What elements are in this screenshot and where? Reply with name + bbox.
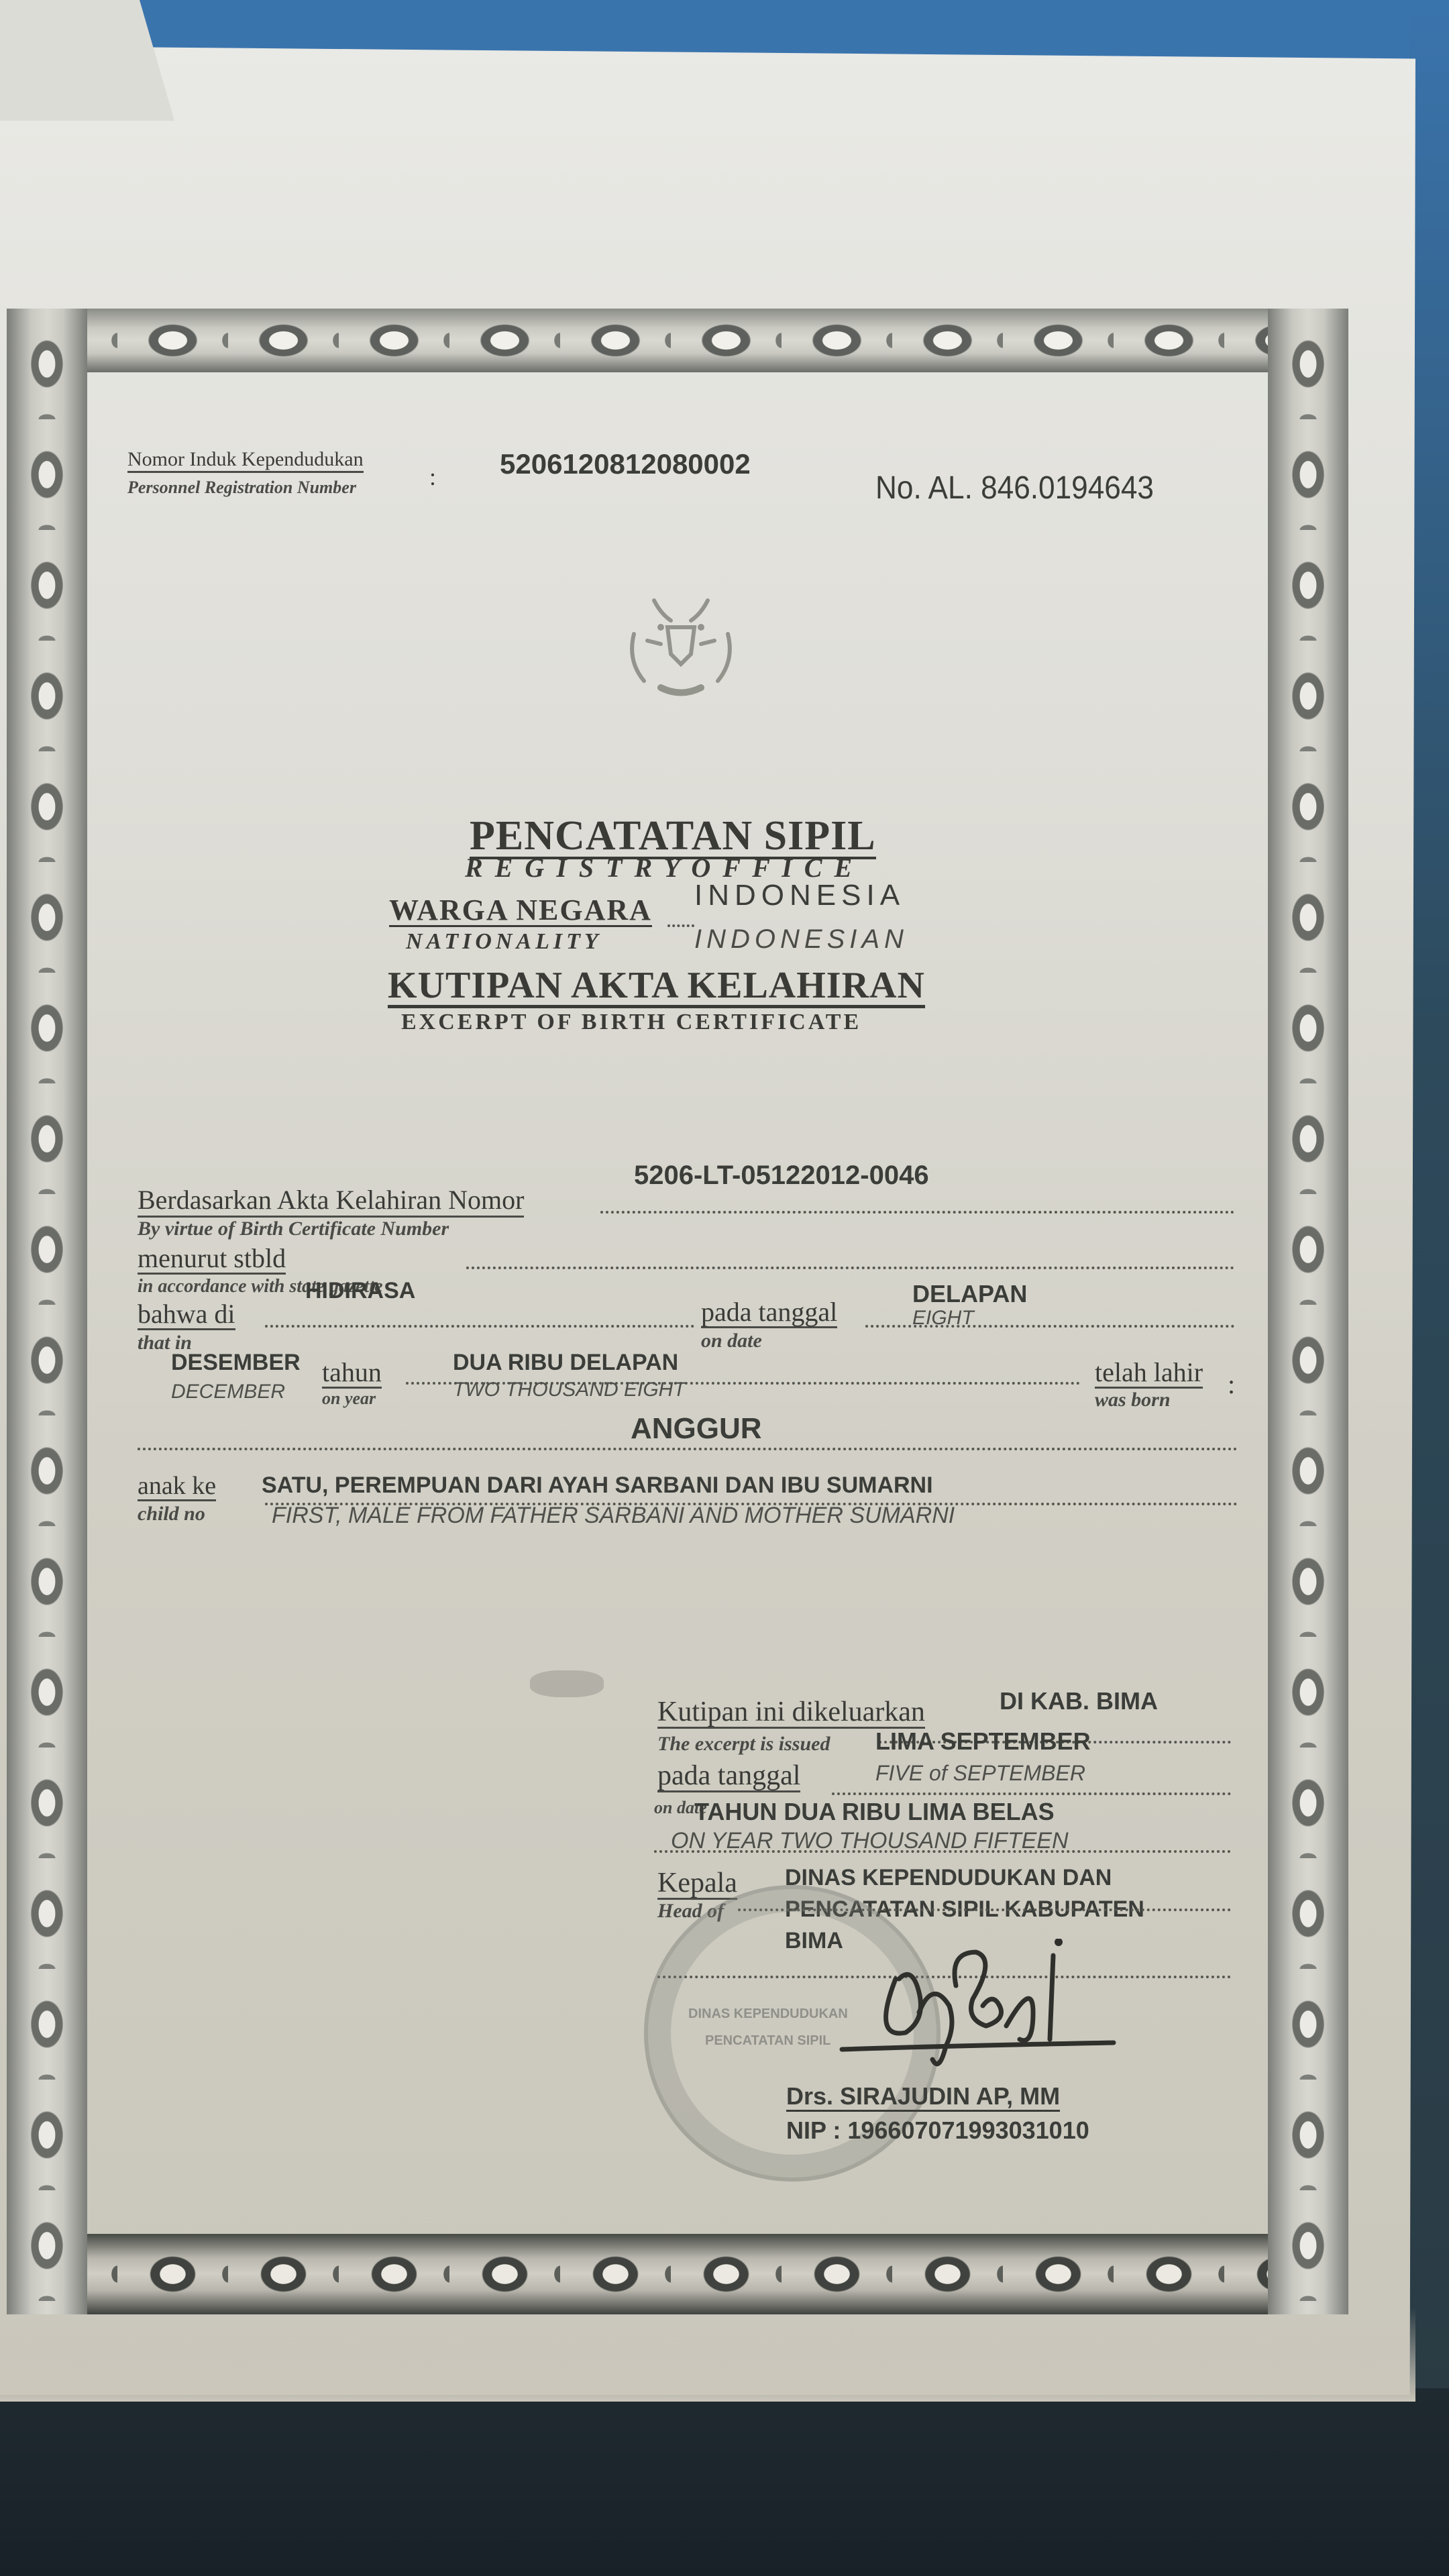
garuda-emblem-icon bbox=[607, 587, 755, 708]
birth-place-value: HIDIRASA bbox=[305, 1278, 415, 1304]
nationality-label: WARGA NEGARA bbox=[389, 896, 652, 927]
ink-smudge bbox=[530, 1670, 604, 1697]
stamp-text-1: DINAS KEPENDUDUKAN bbox=[688, 2006, 848, 2022]
issued-date: LIMA SEPTEMBER bbox=[875, 1727, 1091, 1756]
office-line-1: DINAS KEPENDUDUKAN DAN bbox=[785, 1865, 1112, 1891]
year-label: tahun bbox=[322, 1358, 382, 1389]
birth-year-value: DUA RIBU DELAPAN bbox=[453, 1350, 678, 1376]
nationality-value: INDONESIA bbox=[694, 879, 905, 912]
issued-date-en: FIVE of SEPTEMBER bbox=[875, 1761, 1085, 1786]
issued-label: Kutipan ini dikeluarkan bbox=[657, 1697, 925, 1729]
cert-number-label-en: By virtue of Birth Certificate Number bbox=[138, 1218, 449, 1240]
document-title-en: EXCERPT OF BIRTH CERTIFICATE bbox=[401, 1010, 861, 1035]
ornamental-border-left bbox=[7, 309, 87, 2314]
nationality-label-en: NATIONALITY bbox=[406, 929, 602, 955]
place-label: bahwa di bbox=[138, 1300, 235, 1330]
official-nip: NIP : 196607071993031010 bbox=[786, 2116, 1089, 2145]
child-name: ANGGUR bbox=[631, 1412, 762, 1446]
birth-month-value: DESEMBER bbox=[171, 1350, 301, 1376]
issue-date-label: pada tanggal bbox=[657, 1761, 800, 1792]
issued-label-en: The excerpt is issued bbox=[657, 1733, 830, 1756]
serial-number: No. AL. 846.0194643 bbox=[875, 470, 1154, 506]
birth-month-value-en: DECEMBER bbox=[171, 1381, 285, 1403]
nik-label-en: Personnel Registration Number bbox=[127, 478, 356, 498]
ornamental-border-right bbox=[1268, 309, 1348, 2314]
date-label-en: on date bbox=[701, 1330, 762, 1352]
ornamental-border-top bbox=[7, 309, 1348, 372]
child-no-label: anak ke bbox=[138, 1472, 216, 1501]
ornamental-border-bottom bbox=[7, 2234, 1348, 2314]
birth-day-value-en: EIGHT bbox=[912, 1307, 974, 1330]
document-title: KUTIPAN AKTA KELAHIRAN bbox=[388, 966, 925, 1008]
birth-year-value-en: TWO THOUSAND EIGHT bbox=[453, 1379, 686, 1401]
stamp-text-2: PENCATATAN SIPIL bbox=[705, 2033, 830, 2049]
child-no-label-en: child no bbox=[138, 1503, 205, 1525]
background-surface-bottom bbox=[0, 2388, 1449, 2576]
paper-shadow bbox=[0, 2308, 1415, 2402]
issued-place: DI KAB. BIMA bbox=[1000, 1687, 1158, 1715]
year-label-en: on year bbox=[322, 1389, 376, 1409]
cert-number-value: 5206-LT-05122012-0046 bbox=[634, 1161, 929, 1191]
head-label: Kepala bbox=[657, 1868, 737, 1900]
issued-year-en: ON YEAR TWO THOUSAND FIFTEEN bbox=[671, 1828, 1069, 1854]
cert-number-label: Berdasarkan Akta Kelahiran Nomor bbox=[138, 1184, 524, 1218]
birth-day-value: DELAPAN bbox=[912, 1280, 1027, 1308]
child-no-value-en: FIRST, MALE FROM FATHER SARBANI AND MOTH… bbox=[272, 1503, 955, 1529]
born-label-en: was born bbox=[1095, 1389, 1171, 1411]
nationality-value-en: INDONESIAN bbox=[694, 924, 908, 955]
issued-year: TAHUN DUA RIBU LIMA BELAS bbox=[694, 1798, 1055, 1826]
official-name: Drs. SIRAJUDIN AP, MM bbox=[786, 2083, 1060, 2112]
stbld-label: menurut stbld bbox=[138, 1244, 286, 1275]
nik-value: 5206120812080002 bbox=[500, 448, 751, 480]
date-label: pada tanggal bbox=[701, 1298, 837, 1328]
signature-icon bbox=[832, 1939, 1120, 2086]
child-no-value: SATU, PEREMPUAN DARI AYAH SARBANI DAN IB… bbox=[262, 1472, 933, 1499]
born-label: telah lahir bbox=[1095, 1358, 1203, 1389]
nik-label: Nomor Induk Kependudukan bbox=[127, 448, 364, 473]
background-surface-right bbox=[1409, 0, 1449, 2576]
